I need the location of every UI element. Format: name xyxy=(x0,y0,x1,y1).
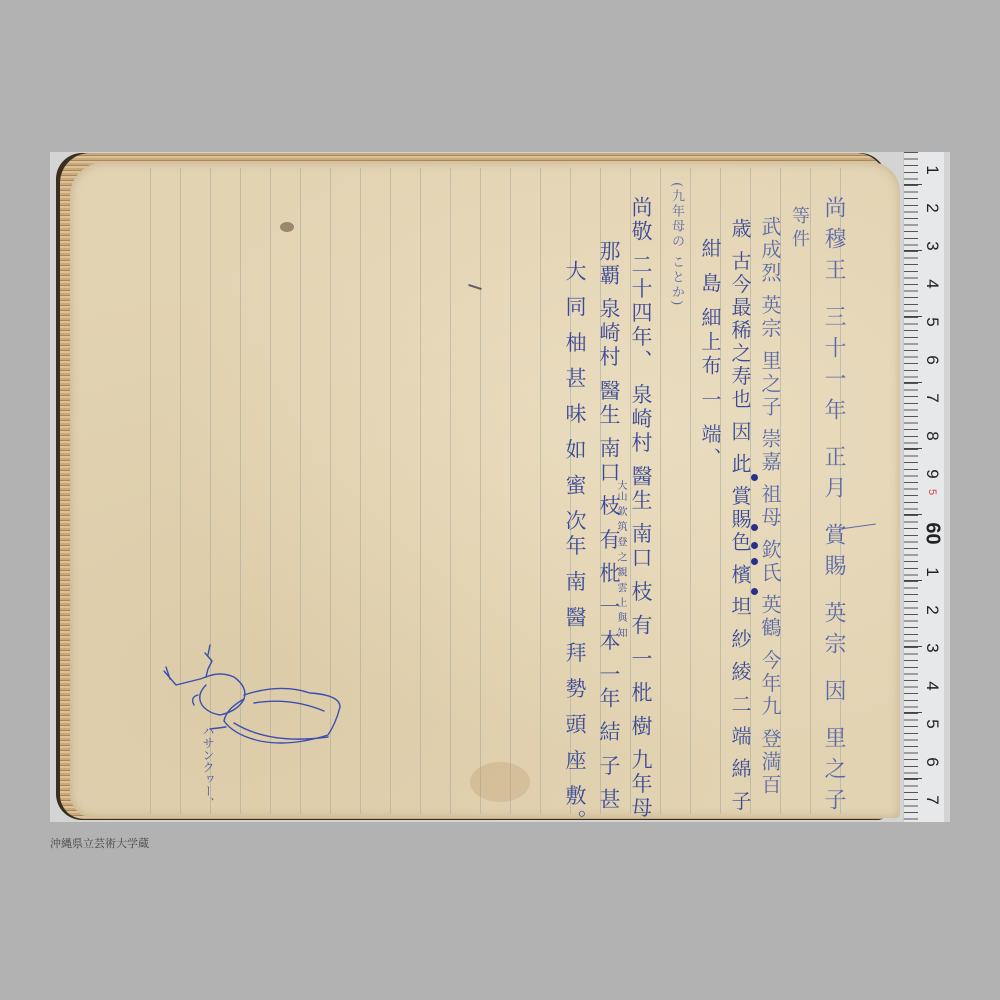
ruler-label-red: 5 xyxy=(926,482,938,502)
text-column-3: 武成烈 英宗 里之子 崇嘉 祖母 欽氏 英鶴 今年九 登満百 xyxy=(760,216,780,797)
text-column-9: 大 同 柚 甚 味 如 蜜 次年 南 醫 拜 勢 頭 座 敷。 xyxy=(564,260,585,818)
ruled-line xyxy=(450,168,451,814)
ink-dot xyxy=(751,558,758,565)
measuring-ruler: 1 2 3 4 5 6 7 8 9 5 60 1 2 3 4 5 6 7 xyxy=(903,152,944,822)
sketch-label: ハサンクヮー、 xyxy=(201,725,215,805)
text-column-7: 尚敬 二十四年、 泉崎村 醫生 南口 枝 有 一 枇 樹 九年母 結 子 呈 祥 xyxy=(630,196,651,818)
ink-dot xyxy=(751,542,758,549)
ruled-line xyxy=(540,168,541,814)
ruler-label: 7 xyxy=(922,388,942,408)
ink-dot xyxy=(751,474,758,481)
ruler-label: 6 xyxy=(922,350,942,370)
ink-dot xyxy=(751,524,758,531)
ruled-line xyxy=(420,168,421,814)
ruler-label: 2 xyxy=(922,600,942,620)
ruler-mid-ticks xyxy=(904,152,922,822)
text-column-1: 尚穆王 三十一年 正月 賞賜 英宗 因 里之子 祖母 紺 綿 xyxy=(822,196,844,818)
ruled-line xyxy=(690,168,691,814)
paper-stain xyxy=(470,762,530,802)
ruled-line xyxy=(660,168,661,814)
ruler-label: 8 xyxy=(922,426,942,446)
ruler-label: 1 xyxy=(922,160,942,180)
ruler-label: 4 xyxy=(922,274,942,294)
ruled-line xyxy=(480,168,481,814)
ruler-label: 2 xyxy=(922,198,942,218)
ruler-label: 3 xyxy=(922,236,942,256)
ruled-line xyxy=(360,168,361,814)
ruled-line xyxy=(390,168,391,814)
text-column-8-annotation: 大山 欽 筑 登 之 親 雲 上 與 知 xyxy=(615,480,625,639)
ruler-label: 1 xyxy=(922,562,942,582)
text-column-4: 歳 古今最稀之寿也 因 此 賞賜色 檳 坦 紗 綾 二 端 綿 子 一 把 xyxy=(730,218,750,818)
ruler-label: 5 xyxy=(922,312,942,332)
ruled-line xyxy=(510,168,511,814)
text-column-5: 紺 島 細上布 一 端、 xyxy=(700,238,720,471)
collection-credit-caption: 沖縄県立芸術大学蔵 xyxy=(50,835,149,851)
text-column-6-note: (九年母の ことか) xyxy=(670,182,683,307)
ruler-label: 4 xyxy=(922,676,942,696)
ruled-line xyxy=(810,168,811,814)
ruler-label: 7 xyxy=(922,790,942,810)
ink-dot xyxy=(751,588,758,595)
text-column-2: 等件 xyxy=(790,206,808,252)
ink-speck xyxy=(280,222,294,232)
beetle-sketch-icon: ハサンクヮー、 xyxy=(150,635,360,805)
ruler-label: 6 xyxy=(922,752,942,772)
ruler-label: 5 xyxy=(922,714,942,734)
ruler-label: 3 xyxy=(922,638,942,658)
ruler-label: 9 xyxy=(922,464,942,484)
ruler-label-60: 60 xyxy=(921,519,944,549)
